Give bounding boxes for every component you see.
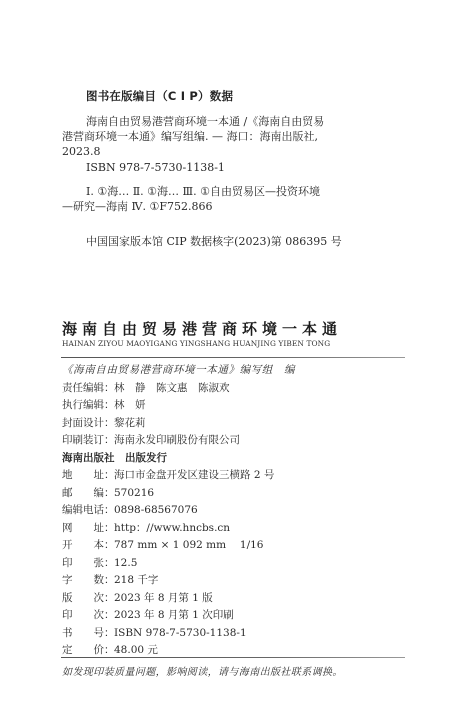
label: 执行编辑 — [62, 397, 104, 415]
value: 12.5 — [114, 555, 137, 573]
label: 封面设计 — [62, 415, 104, 433]
value: 787 mm × 1 092 mm 1/16 — [114, 537, 264, 555]
value: ISBN 978-7-5730-1138-1 — [114, 625, 247, 643]
credit-printing: 印刷装订：海南永发印刷股份有限公司 — [62, 432, 422, 450]
cip-classification-line-1: Ⅰ. ①海… Ⅱ. ①海… Ⅲ. ①自由贸易区—投资环境 — [86, 184, 320, 199]
website-link: http：//www.hncbs.cn — [114, 520, 230, 538]
spec-website: 网址：http：//www.hncbs.cn — [62, 520, 422, 538]
label: 开本 — [62, 537, 104, 555]
value: 218 千字 — [114, 572, 158, 590]
cip-record-number: 中国国家版本馆 CIP 数据核字(2023)第 086395 号 — [86, 234, 342, 249]
divider-bottom — [61, 657, 405, 658]
book-title: 海南自由贸易港营商环境一本通 — [62, 318, 342, 339]
label: 书号 — [62, 625, 104, 643]
label: 版次 — [62, 590, 104, 608]
label: 印张 — [62, 555, 104, 573]
cip-classification-line-2: —研究—海南 Ⅳ. ①F752.866 — [62, 199, 212, 214]
spec-sheets: 印张：12.5 — [62, 555, 422, 573]
cip-description-line-2: 港营商环境一本通》编写组编. — 海口：海南出版社, — [62, 129, 318, 144]
cip-description-line-3: 2023.8 — [62, 144, 101, 159]
spec-postcode: 邮编：570216 — [62, 485, 422, 503]
cip-isbn: ISBN 978-7-5730-1138-1 — [86, 160, 225, 175]
label: 邮编 — [62, 485, 104, 503]
label: 字数 — [62, 572, 104, 590]
credit-responsible-editor: 责任编辑：林 静 陈文惠 陈淑欢 — [62, 380, 422, 398]
label: 印刷装订 — [62, 432, 104, 450]
spec-format: 开本：787 mm × 1 092 mm 1/16 — [62, 537, 422, 555]
label: 印次 — [62, 607, 104, 625]
divider-top — [61, 357, 405, 358]
spec-printing: 印次：2023 年 8 月第 1 次印刷 — [62, 607, 422, 625]
value: 海南永发印刷股份有限公司 — [114, 432, 240, 450]
copyright-page: 图书在版编目（C I P）数据 海南自由贸易港营商环境一本通 /《海南自由贸易 … — [0, 0, 475, 727]
value: 2023 年 8 月第 1 次印刷 — [114, 607, 234, 625]
label: 地址 — [62, 467, 104, 485]
value: 0898-68567076 — [114, 502, 198, 520]
label: 责任编辑 — [62, 380, 104, 398]
spec-edition: 版次：2023 年 8 月第 1 版 — [62, 590, 422, 608]
value: 2023 年 8 月第 1 版 — [114, 590, 213, 608]
credits-block: 《海南自由贸易港营商环境一本通》编写组 编 责任编辑：林 静 陈文惠 陈淑欢 执… — [62, 362, 422, 660]
author-line: 《海南自由贸易港营商环境一本通》编写组 编 — [62, 362, 422, 380]
cip-heading: 图书在版编目（C I P）数据 — [86, 88, 233, 104]
footer-note: 如发现印装质量问题，影响阅读，请与海南出版社联系调换。 — [62, 663, 343, 678]
credit-executive-editor: 执行编辑：林 妍 — [62, 397, 422, 415]
value: 570216 — [114, 485, 154, 503]
book-title-pinyin: HAINAN ZIYOU MAOYIGANG YINGSHANG HUANJIN… — [62, 339, 330, 348]
spec-word-count: 字数：218 千字 — [62, 572, 422, 590]
publisher-line: 海南出版社 出版发行 — [62, 450, 422, 468]
credit-cover-design: 封面设计：黎花莉 — [62, 415, 422, 433]
spec-editor-phone: 编辑电话：0898-68567076 — [62, 502, 422, 520]
value: 海口市金盘开发区建设三横路 2 号 — [114, 467, 274, 485]
spec-address: 地址：海口市金盘开发区建设三横路 2 号 — [62, 467, 422, 485]
label: 编辑电话 — [62, 502, 104, 520]
value: 黎花莉 — [114, 415, 146, 433]
label: 网址 — [62, 520, 104, 538]
value: 林 静 陈文惠 陈淑欢 — [114, 380, 230, 398]
value: 林 妍 — [114, 397, 146, 415]
spec-book-number: 书号：ISBN 978-7-5730-1138-1 — [62, 625, 422, 643]
cip-description-line-1: 海南自由贸易港营商环境一本通 /《海南自由贸易 — [86, 114, 324, 129]
